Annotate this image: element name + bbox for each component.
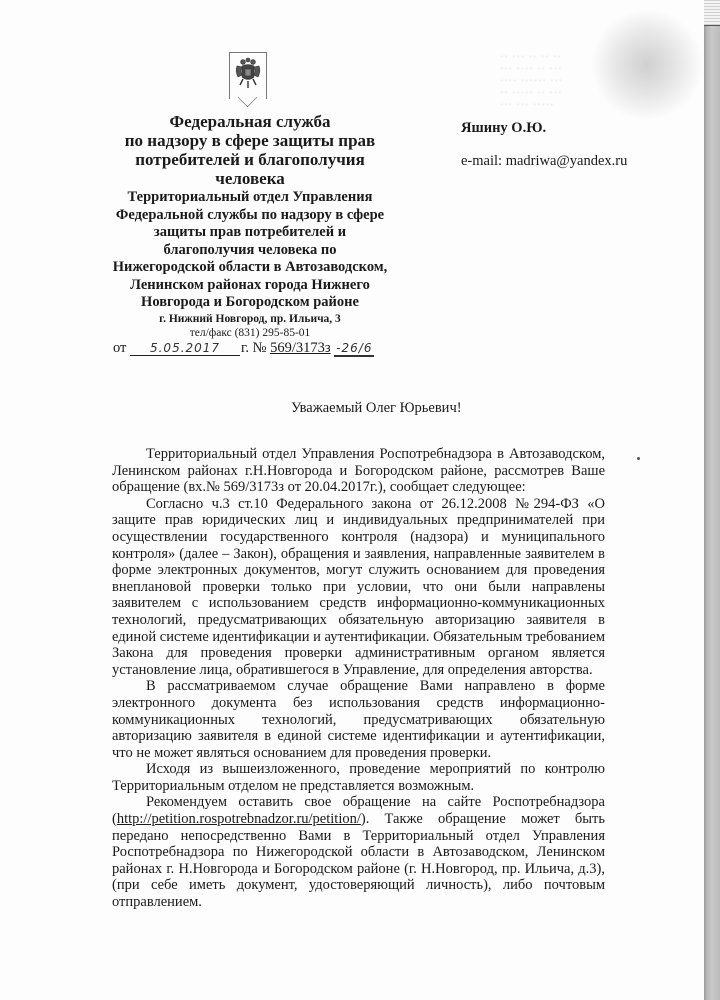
scan-edge-top xyxy=(704,0,720,26)
department-line: Новгорода и Богородском районе xyxy=(100,294,400,312)
recipient-name: Яшину О.Ю. xyxy=(461,120,627,137)
salutation: Уважаемый Олег Юрьевич! xyxy=(291,400,462,417)
org-title-line: Федеральная служба xyxy=(100,112,400,131)
scan-edge-right xyxy=(704,26,720,1000)
handwritten-number: -26/6 xyxy=(334,341,374,357)
scan-dot xyxy=(637,457,640,460)
ref-prefix: от xyxy=(113,340,126,356)
department-line: защиты прав потребителей и xyxy=(100,224,400,242)
body-paragraph: В рассматриваемом случае обращение Вами … xyxy=(112,678,605,761)
russian-coat-of-arms-icon xyxy=(229,52,267,99)
department-line: Нижегородской области в Автозаводском, xyxy=(100,259,400,277)
letter-body: Территориальный отдел Управления Роспотр… xyxy=(112,446,605,911)
handwritten-date: 5.05.2017 xyxy=(130,341,240,356)
sender-address: г. Нижний Новгород, пр. Ильича, 3 xyxy=(100,312,400,326)
petition-link[interactable]: http://petition.rospotrebnadzor.ru/petit… xyxy=(117,811,361,827)
ref-year-suffix: г. № xyxy=(241,340,266,356)
recipient-block: Яшину О.Ю. e-mail: madriwa@yandex.ru xyxy=(461,120,627,170)
department-line: благополучия человека по xyxy=(100,242,400,260)
sender-header: Федеральная служба по надзору в сфере за… xyxy=(100,112,400,340)
org-title-line: человека xyxy=(100,169,400,188)
body-paragraph: Территориальный отдел Управления Роспотр… xyxy=(112,446,605,496)
department-line: Федеральной службы по надзору в сфере xyxy=(100,207,400,225)
bleed-through-text: ·· ··· ·· ·· ·· ··· ···· ·· ··· ···· ···… xyxy=(500,52,630,112)
reference-line: от 5.05.2017г. № 569/3173з -26/6 xyxy=(113,340,374,357)
scanned-letter-page: ·· ··· ·· ·· ·· ··· ···· ·· ··· ···· ···… xyxy=(0,0,720,1000)
ref-number: 569/3173з xyxy=(270,340,331,356)
body-paragraph: Исходя из вышеизложенного, проведение ме… xyxy=(112,761,605,794)
sender-phone: тел/факс (831) 295-85-01 xyxy=(100,326,400,340)
body-paragraph-recommendation: Рекомендуем оставить свое обращение на с… xyxy=(112,794,605,910)
department-line: Территориальный отдел Управления xyxy=(100,189,400,207)
org-title-line: по надзору в сфере защиты прав xyxy=(100,131,400,150)
org-title-line: потребителей и благополучия xyxy=(100,150,400,169)
body-paragraph: Согласно ч.3 ст.10 Федерального закона о… xyxy=(112,496,605,679)
recipient-email: e-mail: madriwa@yandex.ru xyxy=(461,153,627,170)
department-line: Ленинском районах города Нижнего xyxy=(100,277,400,295)
